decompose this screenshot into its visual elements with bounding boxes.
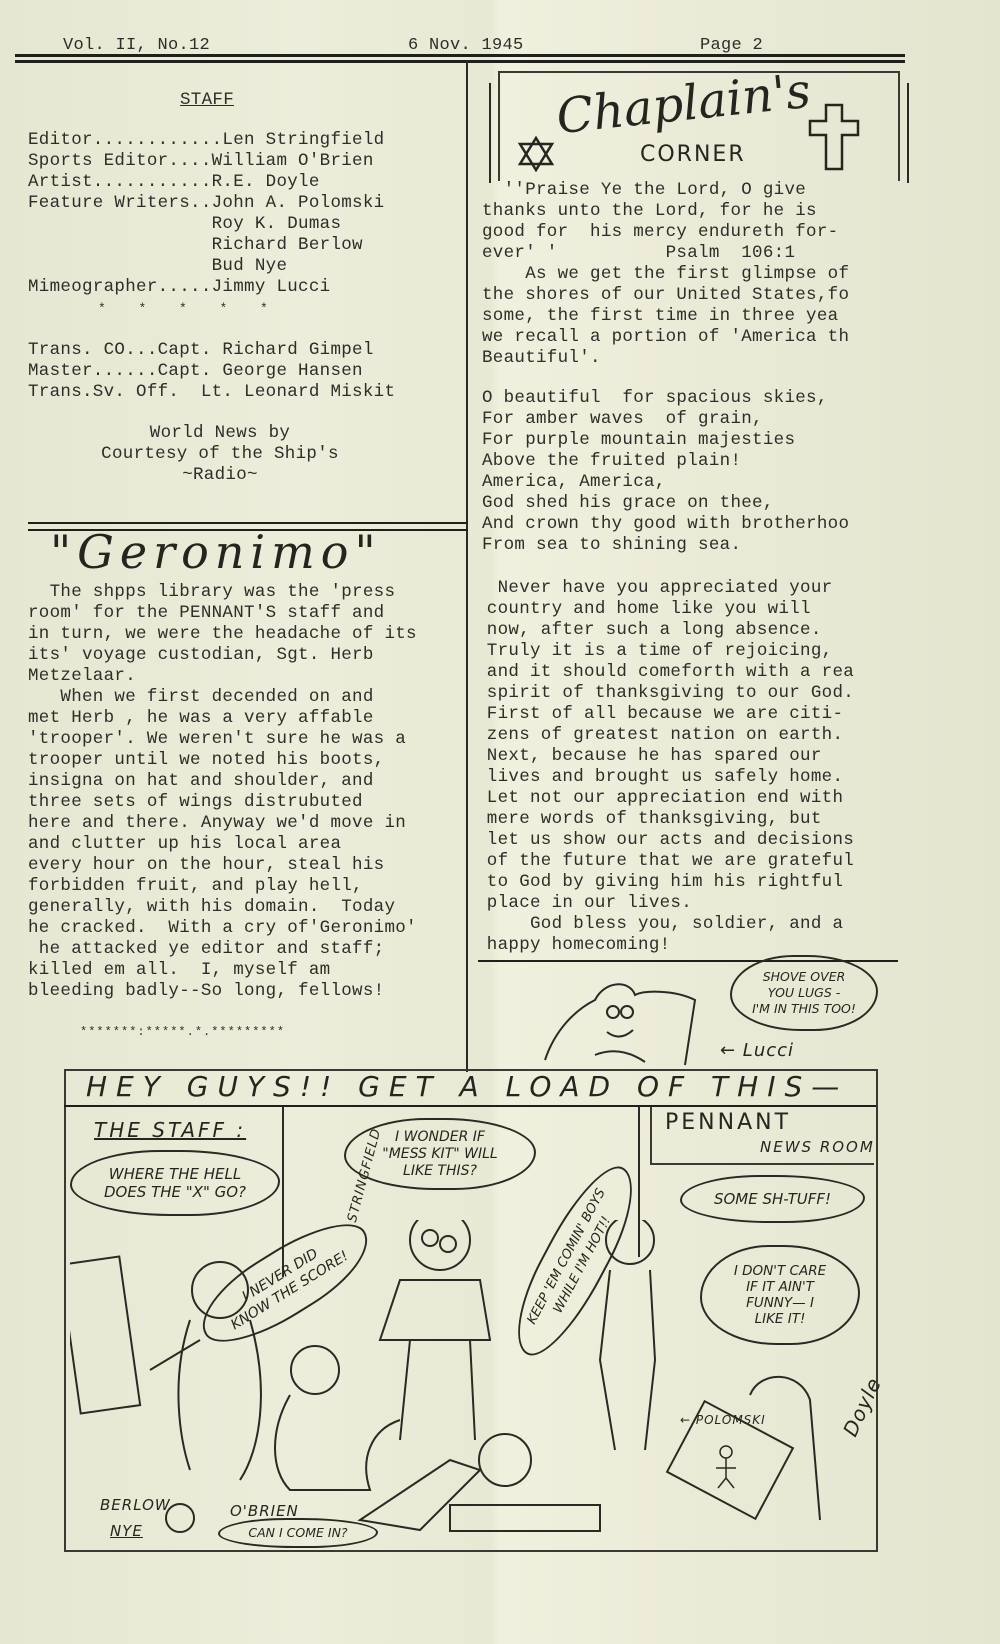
- geronimo-body: The shpps library was the 'pressroom' fo…: [28, 582, 417, 1002]
- credit-line: Courtesy of the Ship's: [60, 444, 380, 465]
- geronimo-line: 'trooper'. We weren't sure he was a: [28, 729, 417, 750]
- geronimo-line: in turn, we were the headache of its: [28, 624, 417, 645]
- geronimo-line: Metzelaar.: [28, 666, 417, 687]
- chaplain-closing-line: Never have you appreciated your: [476, 578, 854, 599]
- chaplain-intro-line: good for his mercy endureth for-: [482, 222, 849, 243]
- poem-line: From sea to shining sea.: [482, 535, 849, 556]
- polomski-label: ← POLOMSKI: [680, 1413, 766, 1427]
- chaplain-intro-line: ''Praise Ye the Lord, O give: [482, 180, 849, 201]
- cartoon-caption: THE STAFF :: [94, 1118, 246, 1142]
- staff-role-line: Mimeographer.....Jimmy Lucci: [28, 277, 384, 298]
- lucci-figure-sketch: [535, 970, 715, 1070]
- chaplain-closing-line: let us show our acts and decisions: [476, 830, 854, 851]
- poem-line: For amber waves of grain,: [482, 409, 849, 430]
- staff-role-line: Sports Editor....William O'Brien: [28, 151, 384, 172]
- pennant-sign-subtitle: NEWS ROOM: [760, 1138, 875, 1156]
- chaplain-intro-line: As we get the first glimpse of: [482, 264, 849, 285]
- chaplain-closing-line: to God by giving him his rightful: [476, 872, 854, 893]
- chaplain-closing: Never have you appreciated your country …: [476, 578, 854, 956]
- chaplain-closing-line: happy homecoming!: [476, 935, 854, 956]
- chaplain-closing-line: spirit of thanksgiving to our God.: [476, 683, 854, 704]
- geronimo-line: every hour on the hour, steal his: [28, 855, 417, 876]
- chaplain-poem: O beautiful for spacious skies,For amber…: [482, 388, 849, 556]
- staff-role-line: Roy K. Dumas: [28, 214, 384, 235]
- geronimo-line: he cracked. With a cry of'Geronimo': [28, 918, 417, 939]
- chaplain-intro-line: the shores of our United States,fo: [482, 285, 849, 306]
- cartoon-banner: HEY GUYS!! GET A LOAD OF THIS—: [86, 1070, 848, 1103]
- pennant-sign-title: PENNANT: [665, 1110, 791, 1135]
- ship-officers: Trans. CO...Capt. Richard Gimpel Master.…: [28, 340, 395, 403]
- chaplain-intro-line: we recall a portion of 'America th: [482, 327, 849, 348]
- geronimo-line: met Herb , he was a very affable: [28, 708, 417, 729]
- poem-line: Above the fruited plain!: [482, 451, 849, 472]
- poem-line: America, America,: [482, 472, 849, 493]
- geronimo-line: generally, with his domain. Today: [28, 897, 417, 918]
- poem-line: And crown thy good with brotherhoo: [482, 514, 849, 535]
- chaplain-intro-line: thanks unto the Lord, for he is: [482, 201, 849, 222]
- staff-figures-sketch: [70, 1220, 870, 1540]
- sh-tuff-bubble: SOME SH-TUFF!: [680, 1175, 865, 1223]
- geronimo-line: insigna on hat and shoulder, and: [28, 771, 417, 792]
- lucci-speech-bubble: SHOVE OVER YOU LUGS - I'M IN THIS TOO!: [730, 955, 878, 1031]
- officer-line: Trans.Sv. Off. Lt. Leonard Miskit: [28, 382, 395, 403]
- staff-role-line: Bud Nye: [28, 256, 384, 277]
- staff-roles: Editor............Len Stringfield Sports…: [28, 130, 384, 319]
- chaplain-closing-line: place in our lives.: [476, 893, 854, 914]
- chaplain-box-side: [489, 83, 491, 183]
- geronimo-line: and clutter up his local area: [28, 834, 417, 855]
- section-divider: [28, 522, 468, 524]
- geronimo-line: bleeding badly--So long, fellows!: [28, 981, 417, 1002]
- geronimo-line: forbidden fruit, and play hell,: [28, 876, 417, 897]
- page-number: Page 2: [700, 35, 763, 56]
- geronimo-line: The shpps library was the 'press: [28, 582, 417, 603]
- poem-line: For purple mountain majesties: [482, 430, 849, 451]
- staff-role-line: Artist...........R.E. Doyle: [28, 172, 384, 193]
- obrien-label: O'BRIEN: [230, 1502, 299, 1520]
- volume-number: Vol. II, No.12: [63, 35, 210, 56]
- chaplain-closing-line: zens of greatest nation on earth.: [476, 725, 854, 746]
- chaplain-box-side: [907, 83, 909, 183]
- chaplain-title-block: CORNER: [640, 142, 746, 167]
- cross-icon: [808, 103, 860, 171]
- chaplain-closing-line: country and home like you will: [476, 599, 854, 620]
- chaplain-intro-line: some, the first time in three yea: [482, 306, 849, 327]
- masthead-bottom-rule: [15, 60, 905, 63]
- chaplain-closing-line: First of all because we are citi-: [476, 704, 854, 725]
- geronimo-line: killed em all. I, myself am: [28, 960, 417, 981]
- chaplain-closing-line: now, after such a long absence.: [476, 620, 854, 641]
- chaplain-closing-line: mere words of thanksgiving, but: [476, 809, 854, 830]
- staff-role-line: Feature Writers..John A. Polomski: [28, 193, 384, 214]
- staff-heading: STAFF: [180, 90, 234, 111]
- chaplain-closing-line: lives and brought us safely home.: [476, 767, 854, 788]
- chaplain-closing-line: God bless you, soldier, and a: [476, 914, 854, 935]
- radio-credit: World News by Courtesy of the Ship's ~Ra…: [60, 423, 380, 486]
- geronimo-end-mark: *******:*****.*.*********: [80, 1022, 285, 1043]
- poem-line: O beautiful for spacious skies,: [482, 388, 849, 409]
- geronimo-line: its' voyage custodian, Sgt. Herb: [28, 645, 417, 666]
- geronimo-title: "Geronimo": [50, 525, 382, 579]
- geronimo-line: trooper until we noted his boots,: [28, 750, 417, 771]
- geronimo-line: room' for the PENNANT'S staff and: [28, 603, 417, 624]
- staff-separator: * * * * *: [28, 298, 384, 319]
- geronimo-line: here and there. Anyway we'd move in: [28, 813, 417, 834]
- star-of-david-icon: [516, 136, 556, 172]
- lucci-label: ← Lucci: [720, 1040, 794, 1061]
- chaplain-closing-line: Let not our appreciation end with: [476, 788, 854, 809]
- chaplain-intro-line: ever' ' Psalm 106:1: [482, 243, 849, 264]
- geronimo-line: he attacked ye editor and staff;: [28, 939, 417, 960]
- poem-line: God shed his grace on thee,: [482, 493, 849, 514]
- chaplain-intro-line: Beautiful'.: [482, 348, 849, 369]
- officer-line: Master......Capt. George Hansen: [28, 361, 395, 382]
- chaplain-closing-line: and it should comeforth with a rea: [476, 662, 854, 683]
- issue-date: 6 Nov. 1945: [408, 35, 524, 56]
- geronimo-line: three sets of wings distrubuted: [28, 792, 417, 813]
- berlow-label: BERLOW: [100, 1496, 171, 1514]
- chaplain-closing-line: Truly it is a time of rejoicing,: [476, 641, 854, 662]
- staff-role-line: Richard Berlow: [28, 235, 384, 256]
- credit-line: ~Radio~: [60, 465, 380, 486]
- nye-label: NYE: [110, 1522, 143, 1540]
- chaplain-closing-line: of the future that we are grateful: [476, 851, 854, 872]
- staff-role-line: Editor............Len Stringfield: [28, 130, 384, 151]
- chaplain-closing-line: Next, because he has spared our: [476, 746, 854, 767]
- credit-line: World News by: [60, 423, 380, 444]
- officer-line: Trans. CO...Capt. Richard Gimpel: [28, 340, 395, 361]
- chaplain-intro: ''Praise Ye the Lord, O givethanks unto …: [482, 180, 849, 369]
- geronimo-line: When we first decended on and: [28, 687, 417, 708]
- column-divider: [466, 60, 468, 1072]
- x-key-bubble: WHERE THE HELL DOES THE "X" GO?: [70, 1150, 280, 1216]
